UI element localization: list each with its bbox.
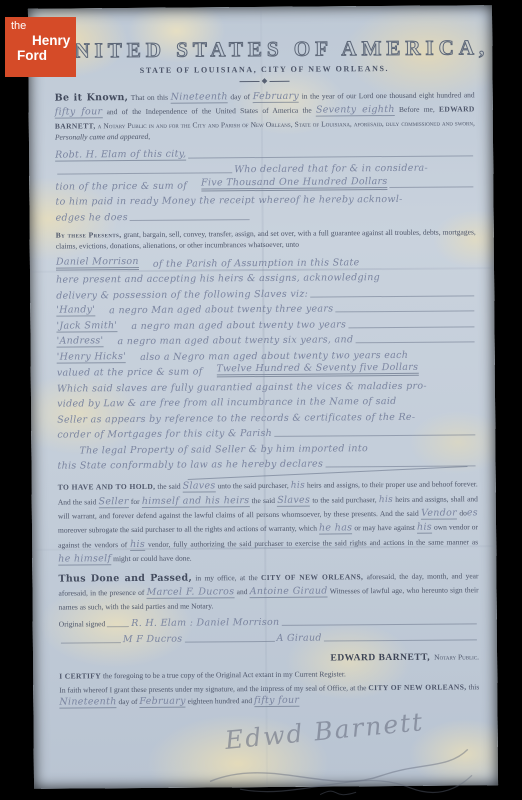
divider-line (270, 80, 290, 81)
opening-text: a Notary Public in and for the City and … (98, 118, 475, 130)
done-text-caps: CITY OF NEW ORLEANS, (261, 572, 363, 582)
handwritten-day: Nineteenth (171, 91, 228, 103)
witness-signed-row: M F Ducros A Giraud (59, 627, 479, 646)
handwritten-seal-day: Nineteenth (59, 696, 116, 708)
henry-ford-logo: the Henry Ford (5, 17, 76, 77)
paragraph-done-passed: Thus Done and Passed, in my office, at t… (58, 569, 478, 612)
handwritten-month: February (253, 91, 300, 103)
opening-text: That on this (131, 93, 168, 102)
handwritten-purchaser-name: Daniel Morrison (56, 255, 139, 270)
lead-by-these-presents: By these Presents, (56, 230, 122, 240)
opening-text: day of (230, 92, 250, 101)
form-blank-line (130, 219, 250, 221)
logo-ford: Ford (17, 48, 47, 63)
handwritten-text: corder of Mortgages for this city & Pari… (57, 428, 272, 441)
opening-text: Before me, (399, 105, 435, 114)
handwritten-insert: Vendor (421, 507, 457, 519)
paragraph-in-faith: In faith whereof I grant these presents … (59, 681, 479, 710)
handwritten-text: tion of the price & sum of (55, 180, 187, 192)
infaith-text: eighteen hundred and (188, 696, 253, 706)
handwritten-purchaser-block: Daniel Morrison of the Parish of Assumpt… (56, 251, 478, 471)
infaith-text: day of (118, 697, 137, 706)
done-text: in my office, at the (195, 573, 257, 582)
handwritten-slave-name: 'Handy' (56, 304, 95, 316)
handwritten-witness-2: Antoine Giraud (250, 586, 328, 599)
form-blank-line (281, 624, 476, 627)
signature-flourish (180, 735, 481, 800)
handwritten-slave-name: 'Jack Smith' (56, 320, 117, 332)
form-blank-line (348, 326, 474, 328)
form-blank-line (355, 341, 474, 343)
handwritten-text: also a Negro man aged about twenty two y… (140, 349, 408, 362)
paragraph-certify: I CERTIFY the foregoing to be a true cop… (59, 667, 479, 682)
logo-henry: Henry (32, 33, 70, 48)
form-blank-line (390, 186, 474, 188)
form-blank-line (107, 626, 129, 627)
handwritten-text: of the Parish of Assumption in this Stat… (153, 257, 360, 270)
form-blank-line (335, 310, 474, 312)
original-signed-label: Original signed (59, 618, 106, 630)
logo-the: the (11, 20, 26, 32)
handwritten-text: a negro Man aged about twenty three year… (109, 303, 333, 316)
infaith-text: In faith whereof I grant these presents … (59, 683, 366, 694)
form-blank-line (274, 434, 475, 437)
handwritten-insert: Slaves (277, 494, 310, 506)
handwritten-insert: he has (319, 523, 352, 535)
form-blank-line (61, 642, 121, 643)
form-blank-line (57, 172, 232, 174)
document-title: UNITED STATES OF AMERICA, (54, 35, 474, 63)
lead-thus-done: Thus Done and Passed, (58, 573, 192, 585)
notary-name: EDWARD BARNETT, (330, 652, 430, 663)
tohold-text: might or could have done. (113, 553, 192, 563)
tohold-text: moreover subrogate the said purchaser (58, 525, 174, 535)
paragraph-opening: Be it Known, That on this Nineteenth day… (55, 88, 475, 142)
handwritten-witness-1: Marcel F. Ducros (147, 586, 235, 599)
tohold-text: the said (157, 482, 180, 491)
notary-autograph-area: Edwd Barnett (59, 709, 480, 800)
tohold-text: to the said purchaser, (312, 495, 376, 505)
document-subtitle: STATE OF LOUISIANA, CITY OF NEW ORLEANS. (54, 63, 474, 75)
opening-text-italic: Personally came and appeared, (55, 132, 150, 142)
handwritten-text: valued at the price & sum of (57, 366, 203, 378)
tohold-text: or may have against (354, 523, 415, 532)
infaith-text: this (468, 682, 479, 691)
tohold-text: to all the rights and actions of warrant… (176, 524, 317, 534)
opening-text: in the year of our Lord one thousand eig… (302, 90, 475, 100)
handwritten-price: Five Thousand One Hundred Dollars (201, 176, 388, 191)
handwritten-signature-witness-1: M F Ducros (123, 633, 183, 644)
tohold-text: unto the said purchaser, (217, 481, 288, 491)
ornament-divider (55, 77, 475, 84)
handwritten-independence: Seventy eighth (316, 104, 395, 117)
handwritten-insert: Slaves (183, 480, 216, 492)
done-text: and (237, 587, 248, 596)
certify-text: the foregoing to be a true copy of the O… (103, 669, 346, 680)
tohold-text: for (131, 496, 140, 505)
lead-i-certify: I CERTIFY (59, 671, 101, 680)
document-paper: UNITED STATES OF AMERICA, STATE OF LOUIS… (28, 5, 498, 789)
handwritten-signature-witness-2: A Giraud (276, 632, 321, 643)
handwritten-seal-month: February (139, 696, 186, 708)
handwritten-signatures-parties: R. H. Elam : Daniel Morrison (131, 617, 279, 629)
opening-text: and of the Independence of the United St… (107, 106, 312, 117)
handwritten-insert: his (417, 522, 432, 534)
app-background: { "colors": { "background": "#000000", "… (0, 0, 522, 800)
tohold-text: do (459, 508, 467, 517)
handwritten-insert: his (291, 481, 305, 491)
form-blank-line (184, 641, 274, 643)
handwritten-seller-name: Robt. H. Elam of this city, (55, 148, 186, 161)
handwritten-insert: himself and his heirs (142, 495, 250, 508)
paragraph-tohold: TO HAVE AND TO HOLD, the said Slaves unt… (58, 477, 479, 566)
form-blank-line (310, 295, 474, 297)
handwritten-valuation: Twelve Hundred & Seventy five Dollars (216, 362, 418, 378)
handwritten-slave-name: 'Andress' (57, 335, 104, 347)
handwritten-text: The legal Property of said Seller & by h… (79, 443, 368, 456)
lead-be-it-known: Be it Known, (55, 92, 129, 104)
handwritten-insert: his (379, 494, 393, 504)
form-blank-line (324, 639, 477, 641)
handwritten-slave-name: 'Henry Hicks' (57, 351, 126, 364)
handwritten-seal-year: fifty four (254, 695, 299, 707)
notary-title: Notary Public. (434, 652, 479, 661)
handwritten-insert: he himself (58, 553, 111, 565)
lead-to-have-and-hold: TO HAVE AND TO HOLD, (58, 482, 156, 492)
infaith-text-caps: CITY OF NEW ORLEANS, (368, 682, 466, 692)
handwritten-text: a negro man aged about twenty six years,… (117, 334, 353, 347)
handwritten-text: a negro man aged about twenty two years (131, 319, 346, 332)
handwritten-insert: es (467, 507, 478, 518)
divider-line (240, 81, 260, 82)
handwritten-year: fifty four (55, 107, 103, 119)
handwritten-insert: Seller (98, 496, 128, 508)
handwritten-text: delivery & possession of the following S… (56, 288, 308, 301)
handwritten-text: edges he does (56, 212, 128, 224)
notary-attribution: EDWARD BARNETT, Notary Public. (59, 646, 479, 667)
handwritten-seller-block: Robt. H. Elam of this city, Who declared… (55, 142, 476, 223)
paragraph-presents: By these Presents, grant, bargain, sell,… (56, 226, 476, 252)
handwritten-text: this State conformably to law as he here… (57, 459, 323, 472)
